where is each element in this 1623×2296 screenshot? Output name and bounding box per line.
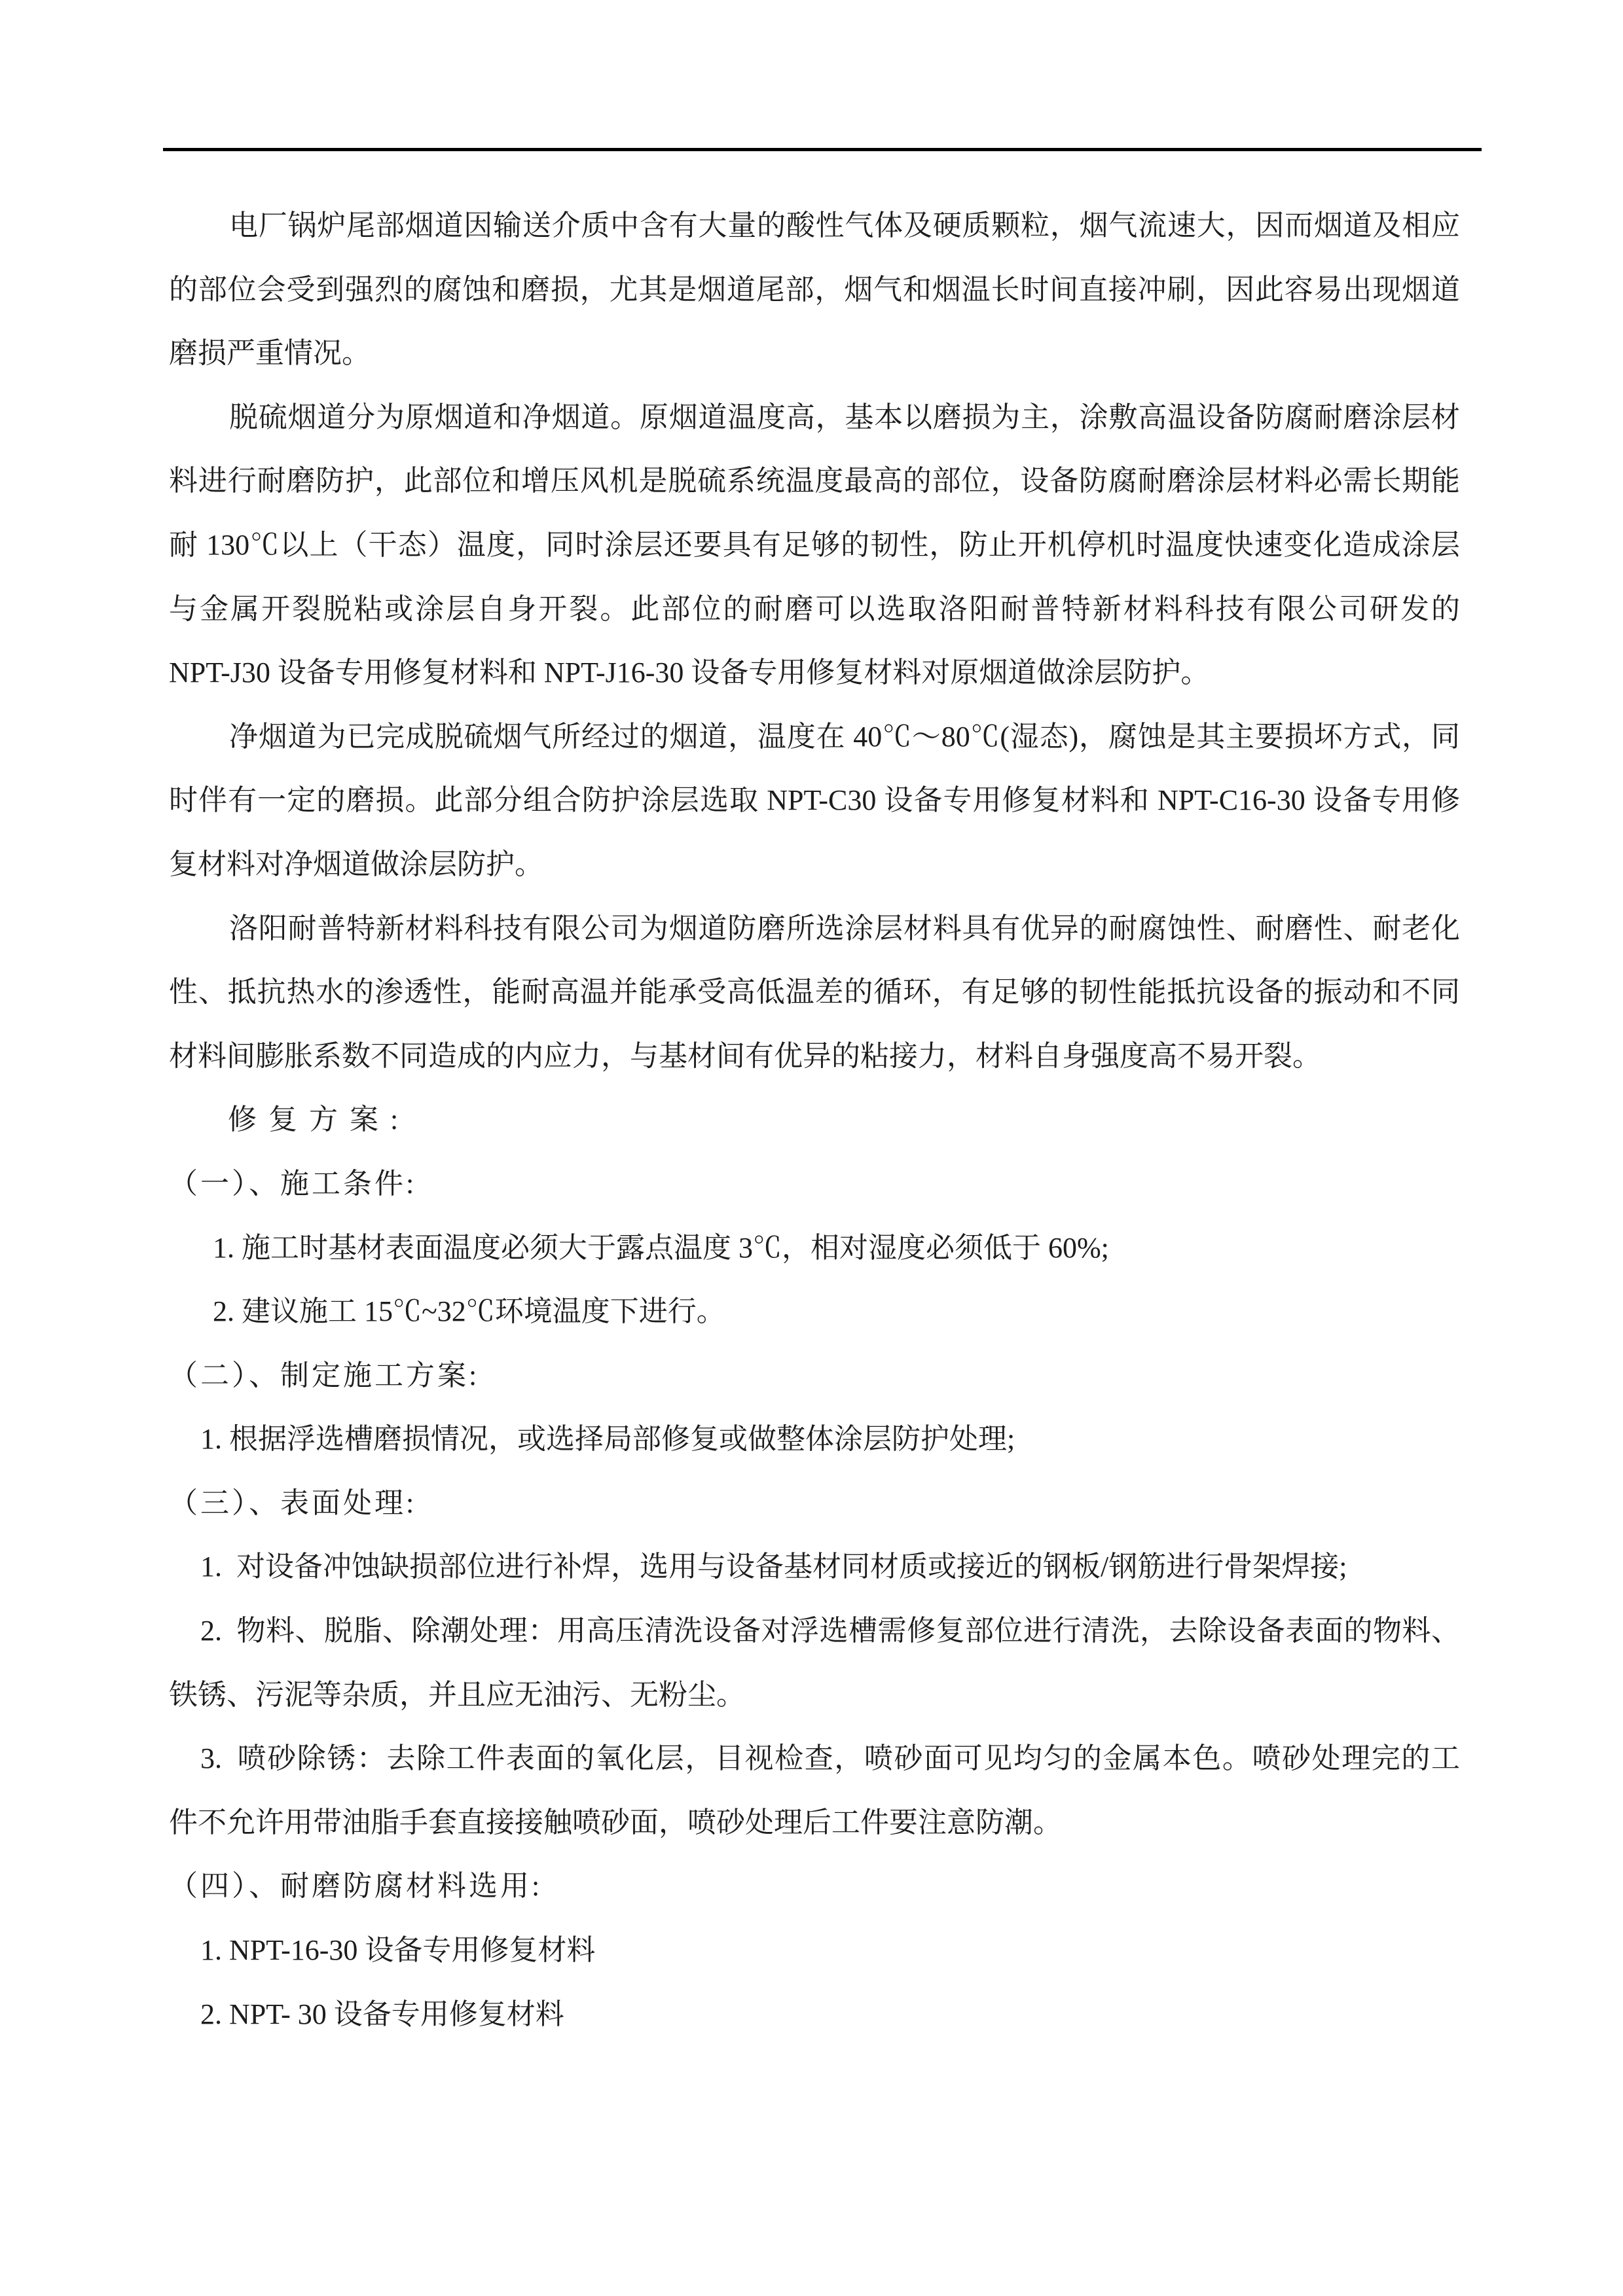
text-line: （二）、制定施工方案:	[169, 1344, 1460, 1408]
text-line: 1. 对设备冲蚀缺损部位进行补焊，选用与设备基材同材质或接近的钢板/钢筋进行骨架…	[169, 1535, 1460, 1599]
text-line: 2. 建议施工 15℃~32℃环境温度下进行。	[169, 1280, 1460, 1344]
text-line: 1. 根据浮选槽磨损情况，或选择局部修复或做整体涂层防护处理;	[169, 1407, 1460, 1471]
text-line: 1. NPT-16-30 设备专用修复材料	[169, 1918, 1460, 1982]
text-line: 的部位会受到强烈的腐蚀和磨损，尤其是烟道尾部，烟气和烟温长时间直接冲刷，因此容易…	[169, 258, 1460, 322]
text-line: 铁锈、污泥等杂质，并且应无油污、无粉尘。	[169, 1663, 1460, 1727]
text-line: 磨损严重情况。	[169, 321, 1460, 386]
text-line: 3. 喷砂除锈：去除工件表面的氧化层，目视检查，喷砂面可见均匀的金属本色。喷砂处…	[169, 1727, 1460, 1791]
text-line: （一）、施工条件:	[169, 1152, 1460, 1216]
document-page: 电厂锅炉尾部烟道因输送介质中含有大量的酸性气体及硬质颗粒，烟气流速大，因而烟道及…	[0, 0, 1623, 2296]
text-line: 修复方案:	[169, 1088, 1460, 1152]
text-line: 材料间膨胀系数不同造成的内应力，与基材间有优异的粘接力，材料自身强度高不易开裂。	[169, 1024, 1460, 1088]
text-line: （四）、耐磨防腐材料选用:	[169, 1854, 1460, 1918]
text-line: 时伴有一定的磨损。此部分组合防护涂层选取 NPT-C30 设备专用修复材料和 N…	[169, 768, 1460, 833]
text-line: 性、抵抗热水的渗透性，能耐高温并能承受高低温差的循环，有足够的韧性能抵抗设备的振…	[169, 960, 1460, 1024]
text-line: 耐 130℃以上（干态）温度，同时涂层还要具有足够的韧性，防止开机停机时温度快速…	[169, 513, 1460, 577]
text-line: 洛阳耐普特新材料科技有限公司为烟道防磨所选涂层材料具有优异的耐腐蚀性、耐磨性、耐…	[169, 897, 1460, 961]
text-line: 净烟道为已完成脱硫烟气所经过的烟道，温度在 40℃～80℃(湿态)，腐蚀是其主要…	[169, 705, 1460, 769]
text-line: 复材料对净烟道做涂层防护。	[169, 833, 1460, 897]
text-line: NPT-J30 设备专用修复材料和 NPT-J16-30 设备专用修复材料对原烟…	[169, 641, 1460, 705]
text-line: 件不允许用带油脂手套直接接触喷砂面，喷砂处理后工件要注意防潮。	[169, 1791, 1460, 1855]
text-line: 脱硫烟道分为原烟道和净烟道。原烟道温度高，基本以磨损为主，涂敷高温设备防腐耐磨涂…	[169, 386, 1460, 450]
text-line: 料进行耐磨防护，此部位和增压风机是脱硫系统温度最高的部位，设备防腐耐磨涂层材料必…	[169, 449, 1460, 513]
text-line: 2. NPT- 30 设备专用修复材料	[169, 1982, 1460, 2047]
header-rule	[163, 148, 1482, 151]
document-body: 电厂锅炉尾部烟道因输送介质中含有大量的酸性气体及硬质颗粒，烟气流速大，因而烟道及…	[169, 194, 1460, 2046]
text-line: （三）、表面处理:	[169, 1471, 1460, 1535]
text-line: 电厂锅炉尾部烟道因输送介质中含有大量的酸性气体及硬质颗粒，烟气流速大，因而烟道及…	[169, 194, 1460, 258]
text-line: 1. 施工时基材表面温度必须大于露点温度 3℃，相对湿度必须低于 60%;	[169, 1216, 1460, 1280]
text-line: 与金属开裂脱粘或涂层自身开裂。此部位的耐磨可以选取洛阳耐普特新材料科技有限公司研…	[169, 577, 1460, 641]
text-line: 2. 物料、脱脂、除潮处理：用高压清洗设备对浮选槽需修复部位进行清洗，去除设备表…	[169, 1599, 1460, 1663]
